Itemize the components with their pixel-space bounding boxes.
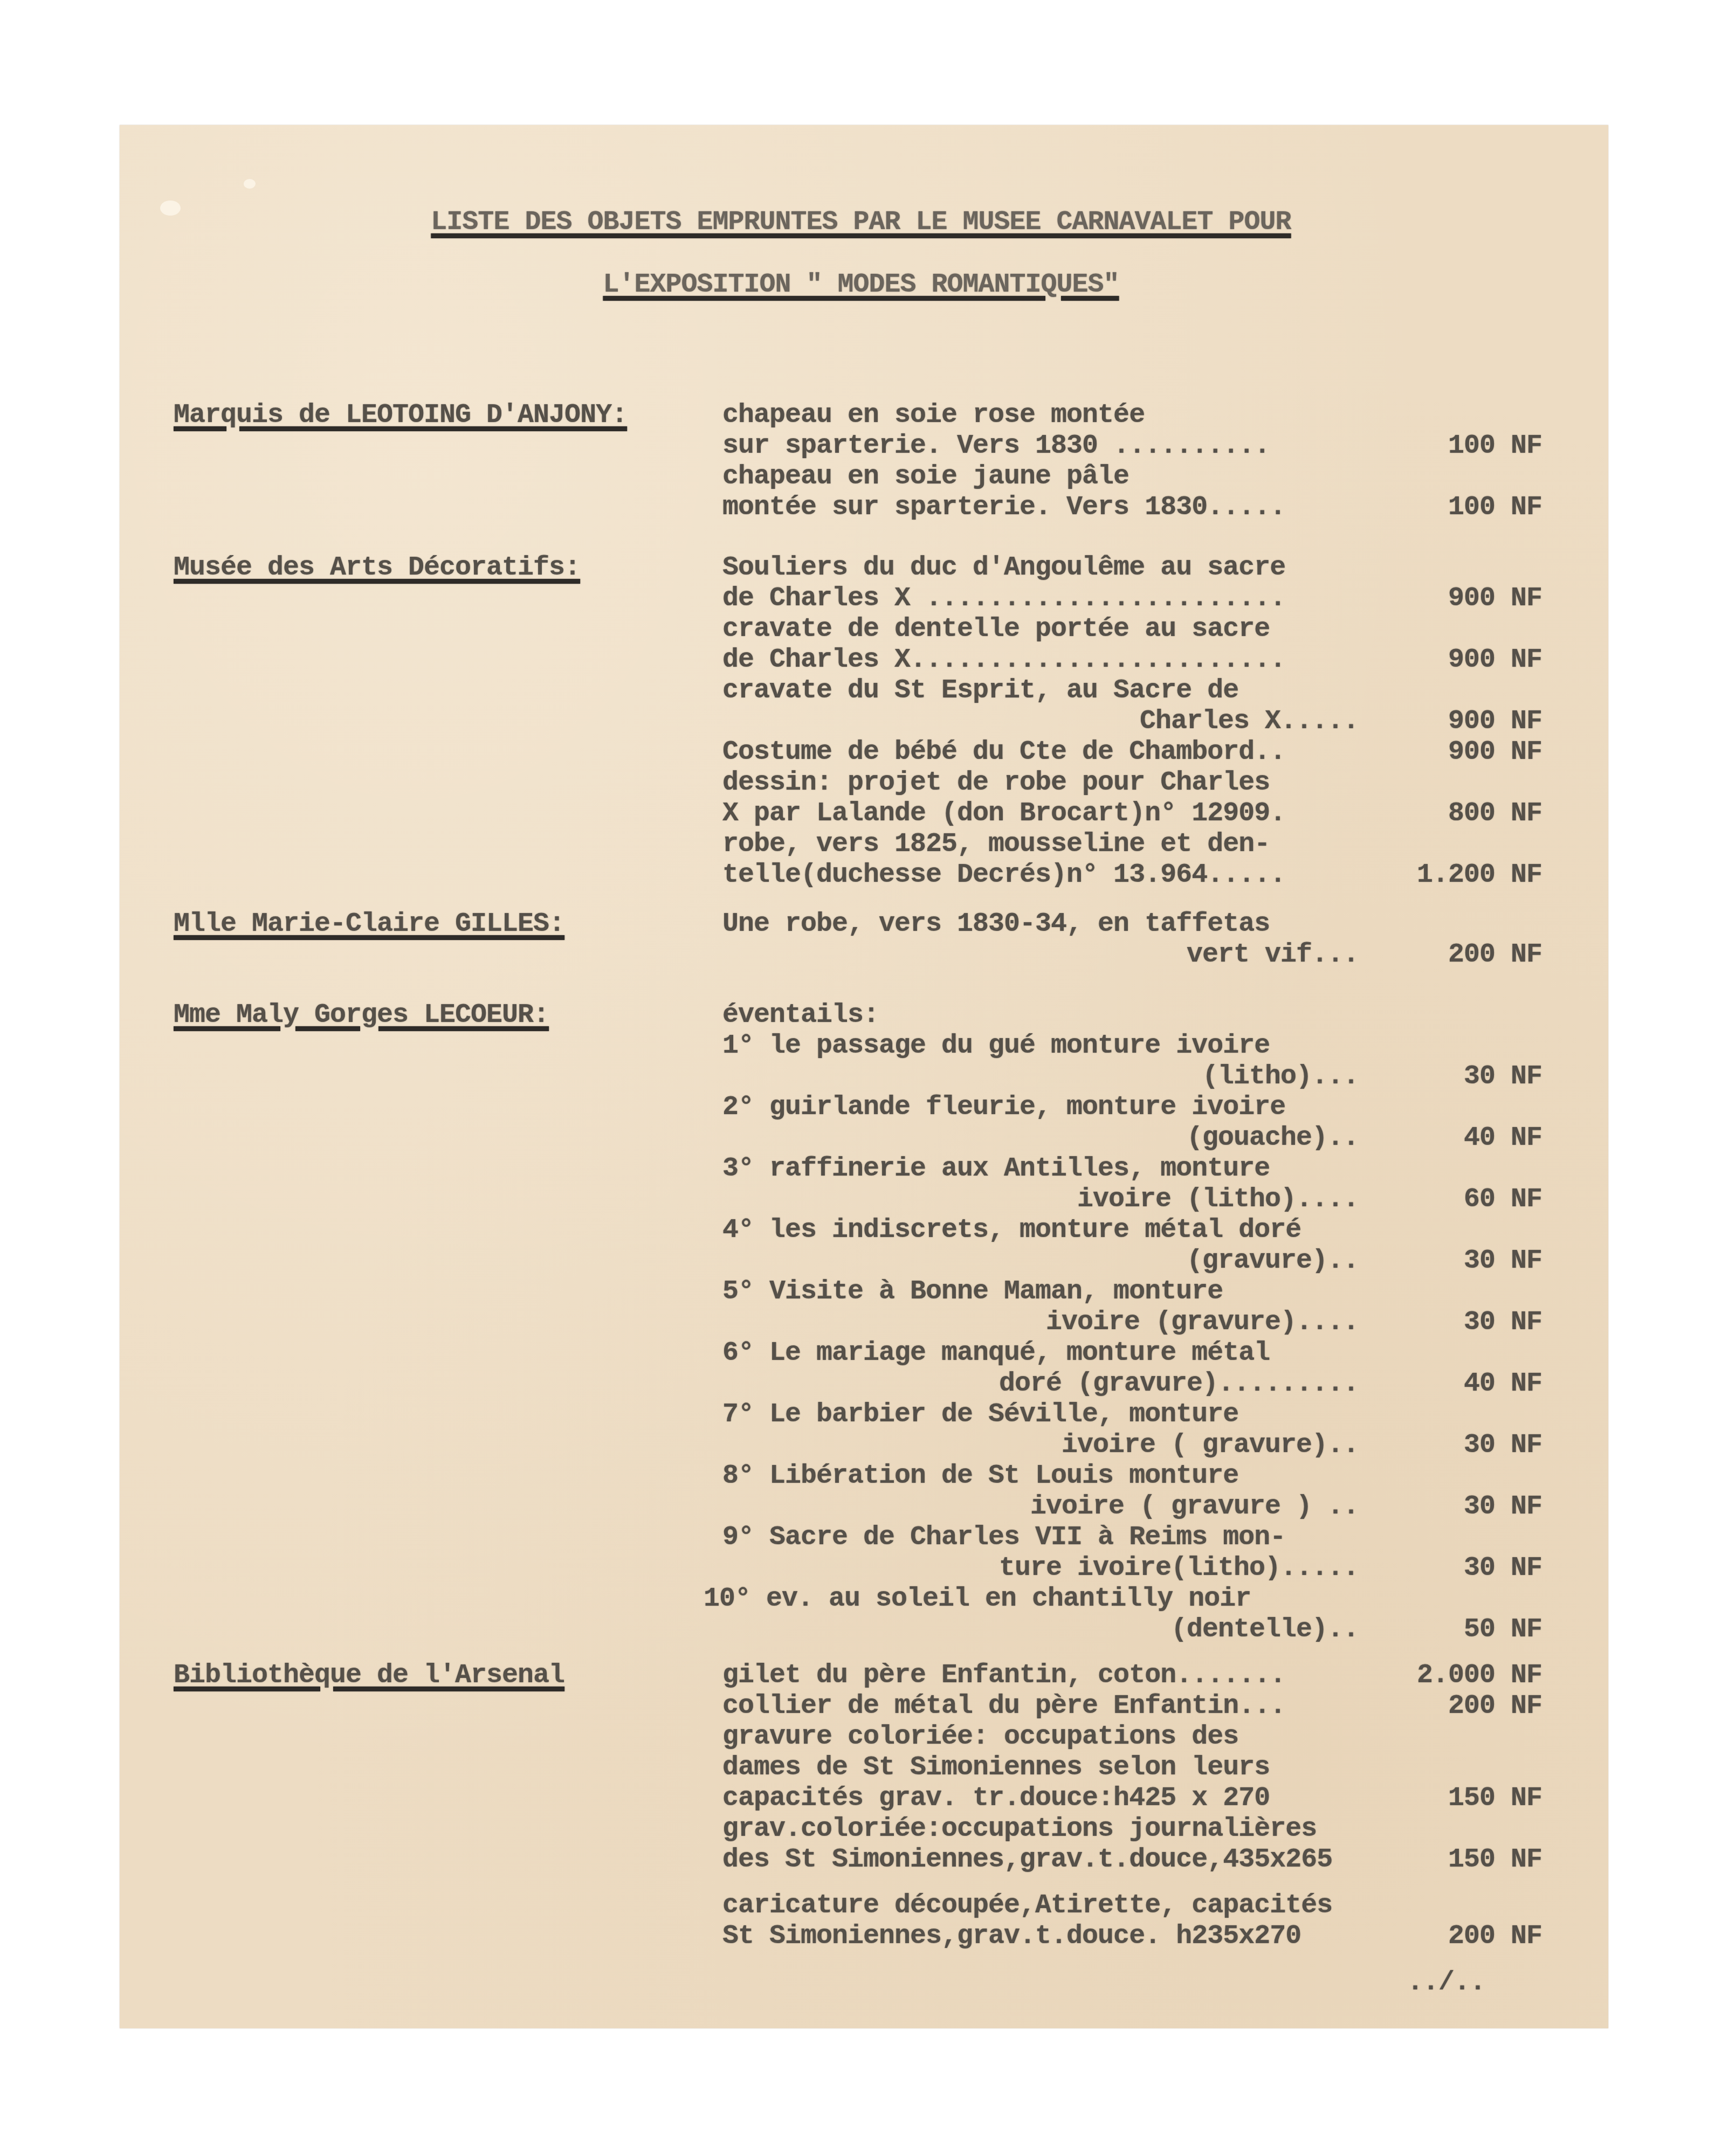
- item-description: 4° les indiscrets, monture métal doré: [722, 1215, 1301, 1246]
- item-description: 6° Le mariage manqué, monture métal: [722, 1338, 1270, 1369]
- item-value: 200 NF: [1413, 1691, 1542, 1722]
- item-description: ivoire ( gravure)..: [722, 1430, 1359, 1461]
- item-value: 900 NF: [1413, 645, 1542, 675]
- item-value: 150 NF: [1413, 1783, 1542, 1814]
- item-description: 8° Libération de St Louis monture: [722, 1461, 1238, 1491]
- item-description: 10° ev. au soleil en chantilly noir: [704, 1584, 1251, 1614]
- item-description: (gravure)..: [722, 1246, 1359, 1276]
- item-value: 30 NF: [1413, 1307, 1542, 1338]
- item-value: 100 NF: [1413, 431, 1542, 461]
- item-description: capacités grav. tr.douce:h425 x 270: [722, 1783, 1270, 1814]
- document-text-layer: LISTE DES OBJETS EMPRUNTES PAR LE MUSEE …: [0, 0, 1722, 2156]
- item-description: cravate du St Esprit, au Sacre de: [722, 675, 1238, 706]
- item-description: collier de métal du père Enfantin...: [722, 1691, 1285, 1722]
- item-value: 40 NF: [1413, 1123, 1542, 1153]
- item-description: ivoire ( gravure ) ..: [722, 1491, 1359, 1522]
- document-title-line-2: L'EXPOSITION " MODES ROMANTIQUES": [0, 269, 1722, 300]
- item-value: 900 NF: [1413, 583, 1542, 614]
- item-description: de Charles X .......................: [722, 583, 1285, 614]
- lender-name: Musée des Arts Décoratifs:: [174, 552, 580, 583]
- item-value: 30 NF: [1413, 1246, 1542, 1276]
- item-description: chapeau en soie rose montée: [722, 400, 1145, 431]
- item-description: grav.coloriée:occupations journalières: [722, 1814, 1317, 1844]
- item-description: 7° Le barbier de Séville, monture: [722, 1399, 1238, 1430]
- item-value: 30 NF: [1413, 1061, 1542, 1092]
- item-value: 40 NF: [1413, 1369, 1542, 1399]
- item-description: ture ivoire(litho).....: [722, 1553, 1359, 1584]
- item-value: 800 NF: [1413, 798, 1542, 829]
- item-description: des St Simoniennes,grav.t.douce,435x265: [722, 1844, 1332, 1875]
- item-description: 5° Visite à Bonne Maman, monture: [722, 1276, 1223, 1307]
- item-value: 900 NF: [1413, 737, 1542, 768]
- item-value: 60 NF: [1413, 1184, 1542, 1215]
- item-description: telle(duchesse Decrés)n° 13.964.....: [722, 860, 1285, 890]
- item-description: dames de St Simoniennes selon leurs: [722, 1752, 1270, 1783]
- item-value: 50 NF: [1413, 1614, 1542, 1645]
- lender-name: Mme Maly Gorges LECOEUR:: [174, 1000, 549, 1031]
- item-value: 200 NF: [1413, 939, 1542, 970]
- item-value: 900 NF: [1413, 706, 1542, 737]
- item-value: 30 NF: [1413, 1491, 1542, 1522]
- item-description: vert vif...: [722, 939, 1359, 970]
- item-value: 30 NF: [1413, 1553, 1542, 1584]
- item-description: doré (gravure).........: [722, 1369, 1359, 1399]
- item-value: 1.200 NF: [1413, 860, 1542, 890]
- lender-name: Marquis de LEOTOING D'ANJONY:: [174, 400, 627, 431]
- item-description: (dentelle)..: [722, 1614, 1359, 1645]
- item-description: 2° guirlande fleurie, monture ivoire: [722, 1092, 1285, 1123]
- item-description: (gouache)..: [722, 1123, 1359, 1153]
- item-description: Charles X.....: [722, 706, 1359, 737]
- item-description: 3° raffinerie aux Antilles, monture: [722, 1153, 1270, 1184]
- item-description: Costume de bébé du Cte de Chambord..: [722, 737, 1285, 768]
- item-description: chapeau en soie jaune pâle: [722, 461, 1129, 492]
- item-value: 30 NF: [1413, 1430, 1542, 1461]
- item-description: caricature découpée,Atirette, capacités: [722, 1890, 1332, 1921]
- item-description: X par Lalande (don Brocart)n° 12909.: [722, 798, 1285, 829]
- document-title-line-1: LISTE DES OBJETS EMPRUNTES PAR LE MUSEE …: [0, 207, 1722, 238]
- item-value: 100 NF: [1413, 492, 1542, 523]
- item-description: 1° le passage du gué monture ivoire: [722, 1031, 1270, 1061]
- item-description: gilet du père Enfantin, coton.......: [722, 1660, 1285, 1691]
- item-description: dessin: projet de robe pour Charles: [722, 768, 1270, 798]
- item-description: Souliers du duc d'Angoulême au sacre: [722, 552, 1285, 583]
- item-description: 9° Sacre de Charles VII à Reims mon-: [722, 1522, 1285, 1553]
- lender-name: Mlle Marie-Claire GILLES:: [174, 909, 564, 939]
- lender-name: Bibliothèque de l'Arsenal: [174, 1660, 564, 1691]
- item-value: 150 NF: [1413, 1844, 1542, 1875]
- item-value: 2.000 NF: [1413, 1660, 1542, 1691]
- item-description: montée sur sparterie. Vers 1830.....: [722, 492, 1285, 523]
- item-description: éventails:: [722, 1000, 879, 1031]
- item-description: cravate de dentelle portée au sacre: [722, 614, 1270, 645]
- item-description: robe, vers 1825, mousseline et den-: [722, 829, 1270, 860]
- item-description: gravure coloriée: occupations des: [722, 1722, 1238, 1752]
- item-value: 200 NF: [1413, 1921, 1542, 1952]
- item-description: (litho)...: [722, 1061, 1359, 1092]
- continuation-mark: ../..: [1407, 1967, 1485, 1998]
- item-description: de Charles X........................: [722, 645, 1285, 675]
- item-description: sur sparterie. Vers 1830 ..........: [722, 431, 1270, 461]
- item-description: St Simoniennes,grav.t.douce. h235x270: [722, 1921, 1301, 1952]
- item-description: Une robe, vers 1830-34, en taffetas: [722, 909, 1270, 939]
- item-description: ivoire (gravure)....: [722, 1307, 1359, 1338]
- item-description: ivoire (litho)....: [722, 1184, 1359, 1215]
